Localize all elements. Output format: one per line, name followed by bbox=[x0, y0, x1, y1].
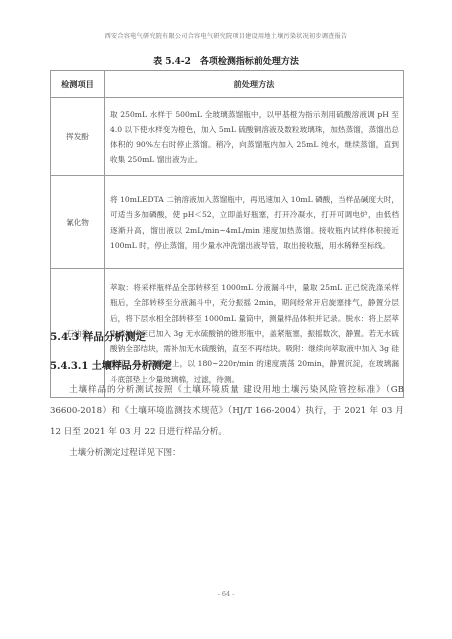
subsection-heading: 5.4.3.1 土壤样品分析测定 bbox=[50, 357, 172, 372]
row-method-volatile-phenol: 取 250mL 水样于 500mL 全玻璃蒸馏瓶中，以甲基橙为指示剂用硫酸溶液调… bbox=[105, 98, 404, 176]
body-paragraph: 土壤分析测定过程详见下图： bbox=[50, 443, 404, 464]
running-header: 西安合容电气研究院有限公司合容电气研究院项目建设用地土壤污染状况初步调查报告 bbox=[0, 31, 452, 40]
table-row: 挥发酚 取 250mL 水样于 500mL 全玻璃蒸馏瓶中，以甲基橙为指示剂用硫… bbox=[51, 98, 404, 176]
table-header-row: 检测项目 前处理方法 bbox=[51, 71, 404, 98]
section-heading: 5.4.3 样品分析测定 bbox=[50, 329, 146, 344]
page-number: - 64 - bbox=[0, 590, 452, 598]
row-method-cyanide: 将 10mLEDTA 二钠溶液加入蒸馏瓶中，再迅速加入 10mL 磷酸，当样品碱… bbox=[105, 176, 404, 269]
row-method-petroleum: 萃取：将采样瓶样品全部转移至 1000mL 分液漏斗中，量取 25mL 正己烷洗… bbox=[105, 269, 404, 398]
body-paragraph: 土壤样品的分析测试按照《土壤环境质量 建设用地土壤污染风险管控标准》（GB 36… bbox=[50, 380, 404, 443]
column-header-method: 前处理方法 bbox=[105, 71, 404, 98]
table-caption: 表 5.4-2 各项检测指标前处理方法 bbox=[0, 54, 452, 67]
row-item-volatile-phenol: 挥发酚 bbox=[51, 98, 105, 176]
table-row: 氰化物 将 10mLEDTA 二钠溶液加入蒸馏瓶中，再迅速加入 10mL 磷酸，… bbox=[51, 176, 404, 269]
pretreatment-methods-table: 检测项目 前处理方法 挥发酚 取 250mL 水样于 500mL 全玻璃蒸馏瓶中… bbox=[50, 70, 404, 398]
row-item-cyanide: 氰化物 bbox=[51, 176, 105, 269]
column-header-item: 检测项目 bbox=[51, 71, 105, 98]
